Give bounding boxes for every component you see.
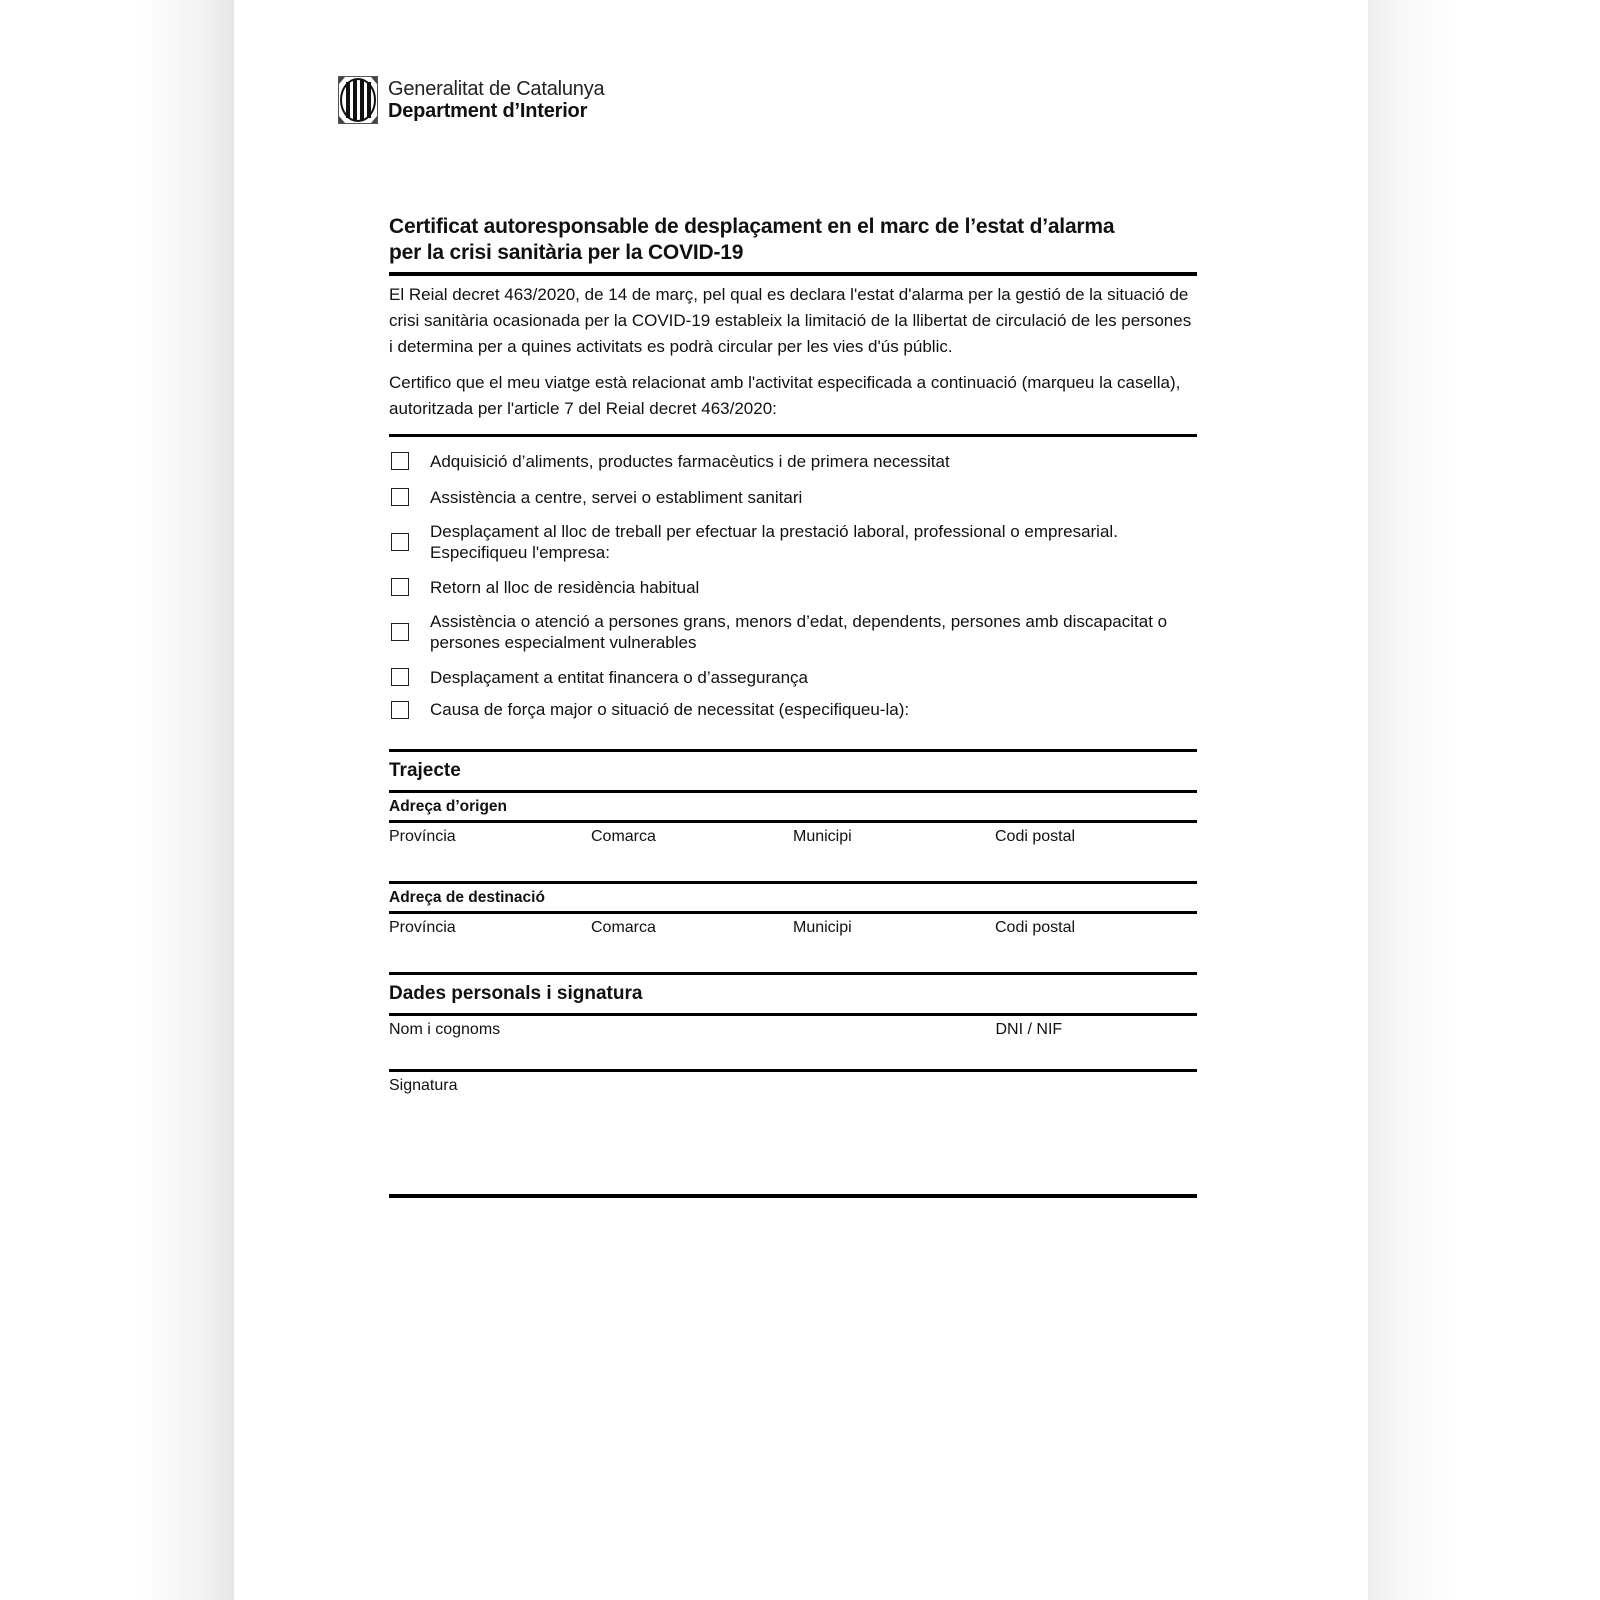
- activity-item: Assistència a centre, servei o establime…: [389, 479, 1197, 515]
- destination-municipi-label: Municipi: [793, 919, 852, 936]
- full-name-label: Nom i cognoms: [389, 1021, 500, 1038]
- activity-checkbox[interactable]: [391, 701, 409, 719]
- origin-province-input[interactable]: [389, 851, 573, 875]
- form-end-divider: [389, 1194, 1197, 1198]
- form-content: Certificat autoresponsable de desplaçame…: [389, 214, 1197, 1198]
- origin-title: Adreça d’origen: [389, 793, 1197, 820]
- intro-paragraph: El Reial decret 463/2020, de 14 de març,…: [389, 282, 1197, 360]
- destination-comarca-label: Comarca: [591, 919, 656, 936]
- activity-label: Desplaçament al lloc de treball per efec…: [430, 521, 1197, 563]
- department-name: Department d’Interior: [388, 100, 604, 122]
- document-page: Generalitat de Catalunya Department d’In…: [236, 0, 1366, 1545]
- activity-checkbox[interactable]: [391, 533, 409, 551]
- activity-label: Retorn al lloc de residència habitual: [430, 577, 699, 598]
- activity-checkbox[interactable]: [391, 578, 409, 596]
- origin-postal-code-input[interactable]: [995, 851, 1179, 875]
- signature-label: Signatura: [389, 1077, 458, 1094]
- origin-province-label: Província: [389, 828, 456, 845]
- catalan-coat-of-arms-icon: [338, 76, 378, 124]
- full-name-input[interactable]: [389, 1044, 953, 1068]
- org-name: Generalitat de Catalunya: [388, 78, 604, 100]
- header-logo: Generalitat de Catalunya Department d’In…: [338, 76, 604, 124]
- destination-postal-code-input[interactable]: [995, 942, 1179, 966]
- activity-label: Assistència o atenció a persones grans, …: [430, 611, 1197, 653]
- activity-checkbox[interactable]: [391, 623, 409, 641]
- origin-comarca-label: Comarca: [591, 828, 656, 845]
- dni-nif-input[interactable]: [996, 1044, 1180, 1068]
- activity-item: Desplaçament a entitat financera o d’ass…: [389, 659, 1197, 695]
- origin-municipi-input[interactable]: [793, 851, 977, 875]
- signature-area[interactable]: Signatura: [389, 1072, 1197, 1194]
- activity-item: Desplaçament al lloc de treball per efec…: [389, 515, 1197, 569]
- destination-province-input[interactable]: [389, 942, 573, 966]
- dni-nif-label: DNI / NIF: [996, 1021, 1063, 1038]
- activity-checkbox[interactable]: [391, 452, 409, 470]
- activity-label: Assistència a centre, servei o establime…: [430, 487, 802, 508]
- origin-postal-code-label: Codi postal: [995, 828, 1075, 845]
- destination-municipi-input[interactable]: [793, 942, 977, 966]
- activity-item: Causa de força major o situació de neces…: [389, 695, 1197, 745]
- activity-label: Causa de força major o situació de neces…: [430, 699, 909, 720]
- title-line-1: Certificat autoresponsable de desplaçame…: [389, 214, 1197, 240]
- origin-municipi-label: Municipi: [793, 828, 852, 845]
- origin-comarca-input[interactable]: [591, 851, 775, 875]
- activity-label: Desplaçament a entitat financera o d’ass…: [430, 667, 808, 688]
- destination-postal-code-label: Codi postal: [995, 919, 1075, 936]
- origin-fields: Província Comarca Municipi Codi postal: [389, 823, 1197, 881]
- personal-data-title: Dades personals i signatura: [389, 975, 1197, 1013]
- activity-item: Retorn al lloc de residència habitual: [389, 569, 1197, 605]
- document-title: Certificat autoresponsable de desplaçame…: [389, 214, 1197, 276]
- title-line-2: per la crisi sanitària per la COVID-19: [389, 240, 1197, 266]
- activity-item: Adquisició d’aliments, productes farmacè…: [389, 443, 1197, 479]
- activity-checklist: Adquisició d’aliments, productes farmacè…: [389, 443, 1197, 745]
- certify-paragraph: Certifico que el meu viatge està relacio…: [389, 370, 1197, 437]
- destination-title: Adreça de destinació: [389, 884, 1197, 911]
- activity-item: Assistència o atenció a persones grans, …: [389, 605, 1197, 659]
- activity-checkbox[interactable]: [391, 488, 409, 506]
- destination-fields: Província Comarca Municipi Codi postal: [389, 914, 1197, 972]
- destination-province-label: Província: [389, 919, 456, 936]
- activity-label: Adquisició d’aliments, productes farmacè…: [430, 451, 950, 472]
- personal-fields: Nom i cognoms DNI / NIF: [389, 1016, 1197, 1069]
- activity-checkbox[interactable]: [391, 668, 409, 686]
- destination-comarca-input[interactable]: [591, 942, 775, 966]
- trajecte-title: Trajecte: [389, 752, 1197, 790]
